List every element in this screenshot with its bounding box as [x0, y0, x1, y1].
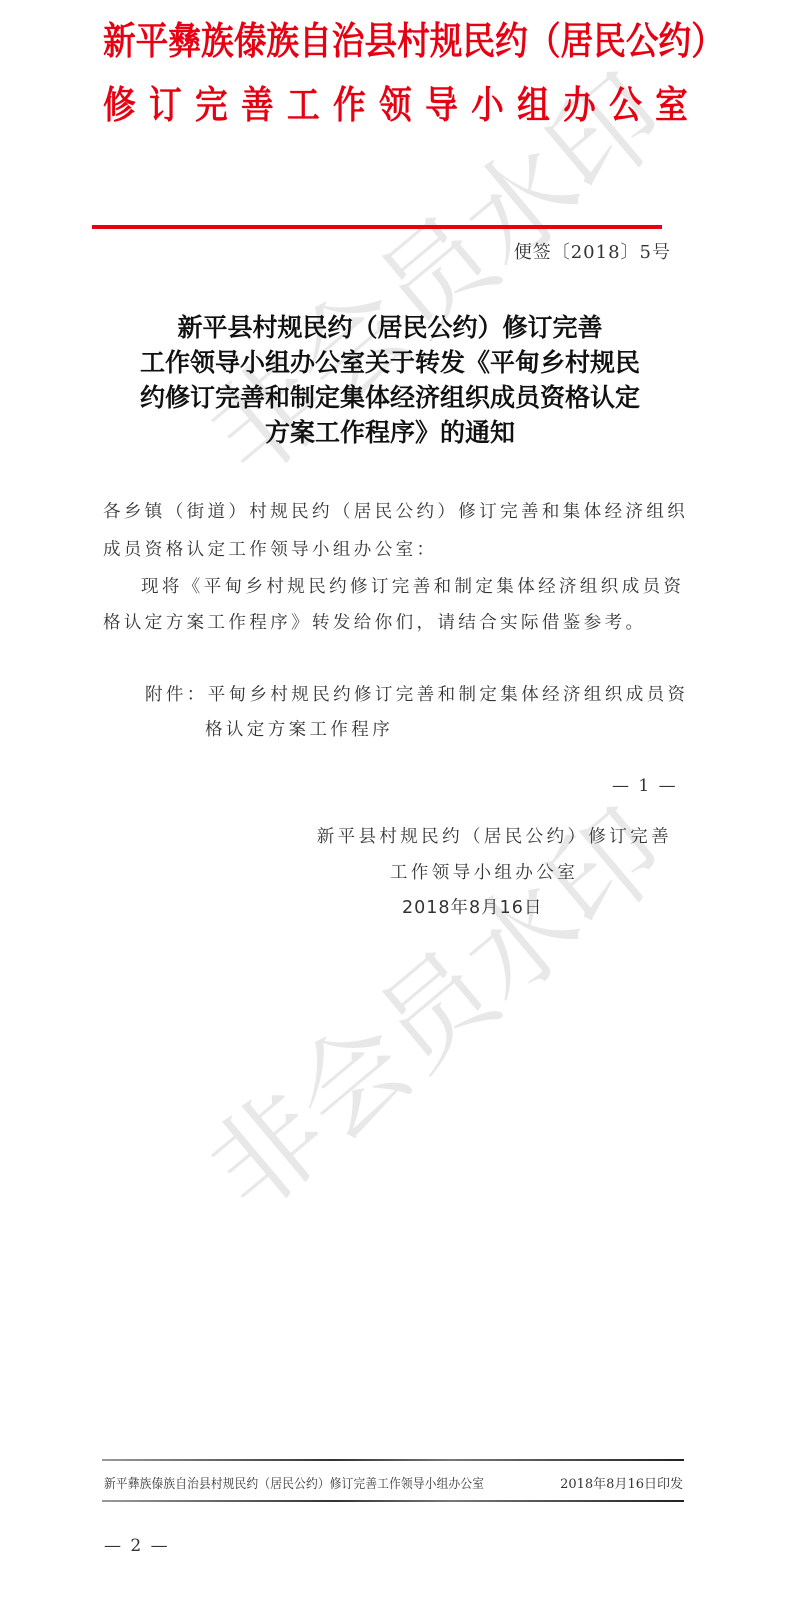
footer-issuer: 新平彝族傣族自治县村规民约（居民公约）修订完善工作领导小组办公室 — [104, 1473, 484, 1492]
red-header-line-2: 修订完善工作领导小组办公室 — [103, 74, 701, 129]
signature-org-line: 新平县村规民约（居民公约）修订完善 — [317, 823, 672, 848]
document-title: 新平县村规民约（居民公约）修订完善 工作领导小组办公室关于转发《平甸乡村规民 约… — [90, 310, 690, 450]
title-line: 工作领导小组办公室关于转发《平甸乡村规民 — [90, 345, 690, 380]
attachment-line: 附件：平甸乡村规民约修订完善和制定集体经济组织成员资 — [145, 681, 688, 706]
red-header-line-1: 新平彝族傣族自治县村规民约（居民公约） — [103, 10, 724, 65]
red-divider — [92, 225, 662, 229]
title-line: 约修订完善和制定集体经济组织成员资格认定 — [90, 380, 690, 415]
page-number: — 2 — — [104, 1536, 170, 1556]
page-number: — 1 — — [612, 776, 678, 796]
signature-org-line: 工作领导小组办公室 — [390, 859, 578, 884]
title-line: 新平县村规民约（居民公约）修订完善 — [90, 310, 690, 345]
recipient-line: 各乡镇（街道）村规民约（居民公约）修订完善和集体经济组织 — [103, 498, 688, 523]
signature-date: 2018年8月16日 — [402, 894, 542, 919]
document-number: 便签〔2018〕5号 — [514, 238, 671, 264]
title-line: 方案工作程序》的通知 — [90, 415, 690, 450]
body-paragraph-line: 格认定方案工作程序》转发给你们，请结合实际借鉴参考。 — [103, 609, 646, 634]
body-paragraph-line: 现将《平甸乡村规民约修订完善和制定集体经济组织成员资 — [141, 573, 684, 598]
recipient-line: 成员资格认定工作领导小组办公室： — [103, 536, 437, 561]
attachment-line: 格认定方案工作程序 — [205, 716, 393, 741]
footer-issue-date: 2018年8月16日印发 — [560, 1473, 683, 1492]
footer-divider-top — [102, 1459, 684, 1461]
footer-divider-bottom — [102, 1500, 684, 1502]
